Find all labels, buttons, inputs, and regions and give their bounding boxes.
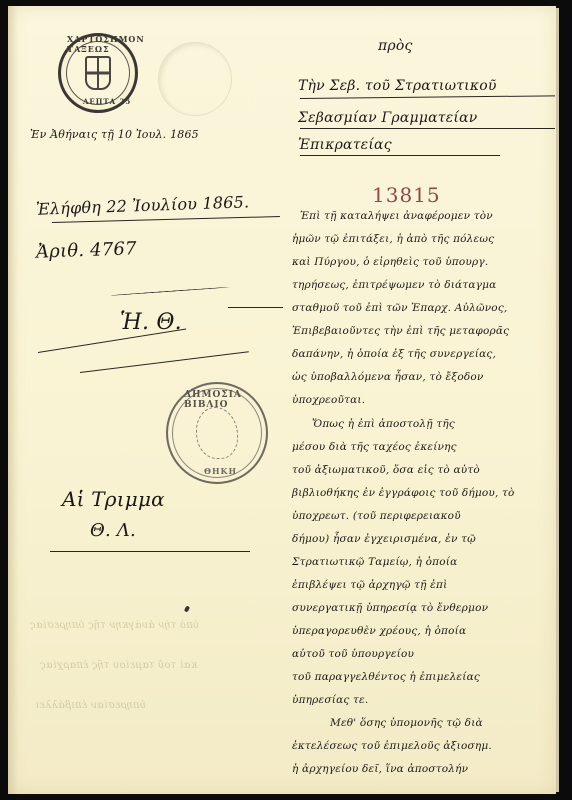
salutation-abbr: πρὸς [378, 38, 413, 54]
page-shadow-left [8, 6, 18, 794]
addressee-line-2: Σεβασμίαν Γραμματείαν [298, 110, 477, 126]
profile-head-icon [196, 407, 238, 459]
body-line: Ἐπιβεβαιοῦντες τὴν ἐπὶ τῆς μεταφορᾶς [292, 325, 509, 337]
body-line: τοῦ παραγγελθέντος ἡ ἐπιμελείας [292, 671, 480, 683]
tax-stamp-top-text: ΧΑΡΤΟΣΗΜΟΝ ΤΑΞΕΩΣ [67, 34, 145, 54]
body-line: δήμου) ἦσαν ἐγχειρισμένα, ἐν τῷ [292, 533, 476, 545]
body-line: ὑποχρεοῦται. [292, 394, 365, 406]
body-line: Ὅπως ἡ ἐπὶ ἀποστολῇ τῆς [312, 418, 455, 430]
body-line: ὡς ὑποβαλλόμενα ἦσαν, τὸ ἔξοδον [292, 371, 484, 383]
body-line: τοῦ ἀξιωματικοῦ, ὅσα εἰς τὸ αὐτὸ [292, 464, 480, 476]
body-line: δαπάνην, ἡ ὁποία ἐξ τῆς συνεργείας, [292, 348, 496, 360]
tax-stamp-bottom-text: ΛΕΠΤΑ 25 [83, 97, 131, 106]
registry-number: 13815 [372, 183, 441, 207]
body-line: καὶ Πύργου, ὁ εἰρηθεὶς τοῦ ὑπουργ. [292, 256, 488, 268]
addressee-underline-3 [300, 155, 500, 156]
body-line: Ἐπὶ τῇ καταλήψει ἀναφέρομεν τὸν [300, 210, 493, 222]
body-line: Μεθ' ὅσης ὑπομονῆς τῷ διὰ [330, 717, 483, 729]
body-line: τηρήσεως, ἐπιτρέψωμεν τὸ διάταγμα [292, 279, 496, 291]
tax-stamp: ΧΑΡΤΟΣΗΜΟΝ ΤΑΞΕΩΣ ΛΕΠΤΑ 25 [58, 33, 138, 113]
body-line: ὑπεραγορευθὲν χρέους, ἡ ὁποία [292, 625, 466, 637]
embossed-seal [158, 42, 232, 116]
body-line: ἡμῶν τῷ ἐπιτάξει, ἡ ἀπὸ τῆς πόλεως [292, 233, 494, 245]
body-line: αὐτοῦ τοῦ ὑπουργείου [292, 648, 414, 660]
body-line: μέσου διὰ τῆς ταχέος ἐκείνης [292, 441, 457, 453]
body-line: ἡ ἀρχηγείου δεῖ, ἵνα ἀποστολήν [292, 763, 468, 775]
signature-initials: Θ. Λ. [90, 520, 136, 541]
body-line: ἐπιβλέψει τῷ ἀρχηγῷ τῇ ἐπὶ [292, 579, 447, 591]
initials-dash [228, 307, 283, 308]
place-date: Ἐν Ἀθήναις τῇ 10 Ἰουλ. 1865 [30, 128, 199, 141]
signature-underline [50, 551, 250, 552]
addressee-line-3: Ἐπικρατείας [298, 137, 392, 153]
addressee-line-1: Τὴν Σεβ. τοῦ Στρατιωτικοῦ [298, 78, 497, 94]
body-line: ἐκτελέσεως τοῦ ἐπιμελοῦς ἀξιοσημ. [292, 740, 492, 752]
bleed-through-text: καὶ τοῦ ταμείου τῆς ἐπαρχίας [40, 660, 197, 671]
library-stamp-top-text: ΔΗΜΟΣΙΑ ΒΙΒΛΙΟ [184, 390, 266, 410]
body-line: ὑποχρεωτ. (τοῦ περιφερειακοῦ [292, 510, 461, 522]
page-edge-right [556, 8, 559, 792]
bleed-through-text: ὑπὸ τὴν ἀνάγκην τῆς ὑπηρεσίας [30, 620, 199, 631]
body-line: βιβλιοθήκης ἐν ἐγγράφοις τοῦ δήμου, τὸ [292, 487, 515, 499]
signature-name: Αἱ Τριμμα [62, 487, 165, 511]
library-stamp-bottom-text: ΘΗΚΗ [204, 466, 237, 476]
filing-note-number: Ἀριθ. 4767 [36, 238, 137, 263]
body-line: Στρατιωτικῷ Ταμείῳ, ἡ ὁποία [292, 556, 457, 568]
bleed-through-text: ὑπηρεσίαν ἐπιβάλλει [35, 700, 146, 711]
body-line: ὑπηρεσίας τε. [292, 694, 368, 706]
body-line: συνεργατικῇ ὑπηρεσίᾳ τὸ ἔνθερμον [292, 602, 488, 614]
library-stamp: ΔΗΜΟΣΙΑ ΒΙΒΛΙΟ ΘΗΚΗ [166, 382, 268, 484]
coat-of-arms-icon [85, 56, 111, 90]
body-line: σταθμοῦ τοῦ ἐπὶ τῶν Ἐπαρχ. Αὐλῶνος, [292, 302, 507, 314]
addressee-underline-2 [300, 128, 555, 129]
